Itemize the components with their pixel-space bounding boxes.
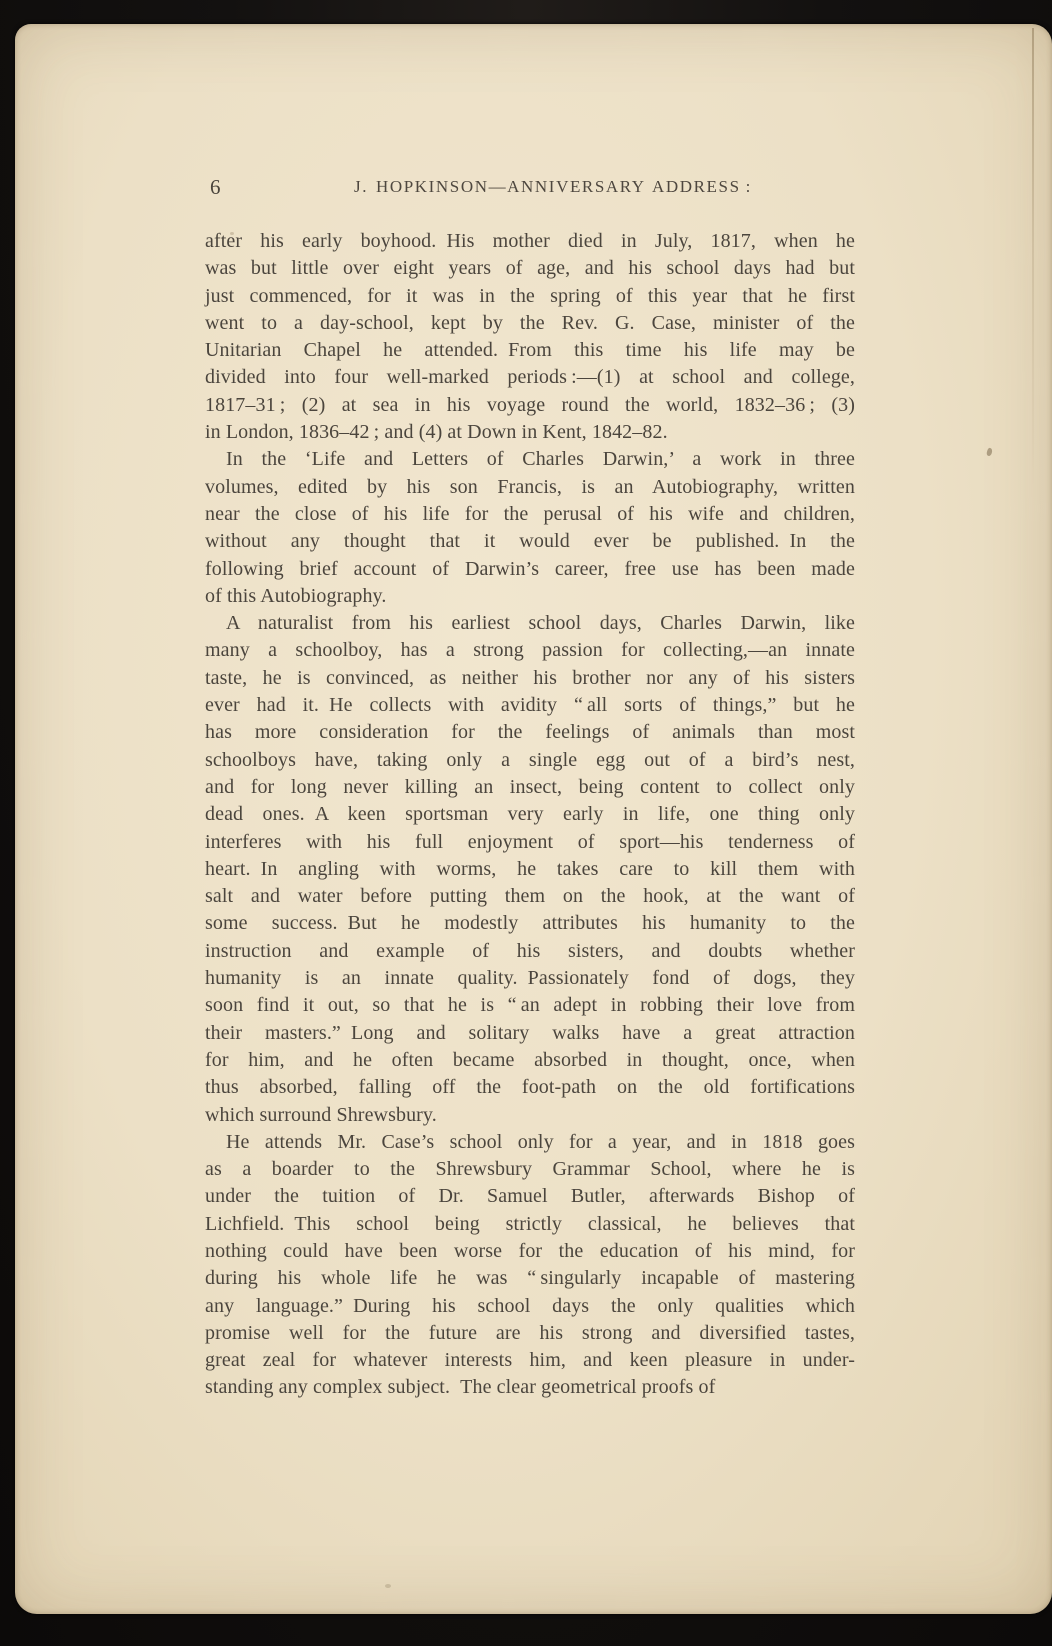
text-line: A naturalist from his earliest school da…: [205, 610, 855, 637]
page-body-text: after his early boyhood. His mother died…: [205, 228, 855, 1402]
paper-speck: [385, 1584, 391, 1588]
text-line: and for long never killing an insect, be…: [205, 774, 855, 801]
text-line: schoolboys have, taking only a single eg…: [205, 747, 855, 774]
paragraph: In the ‘Life and Letters of Charles Darw…: [205, 446, 855, 610]
text-line: many a schoolboy, has a strong passion f…: [205, 637, 855, 664]
text-line: great zeal for whatever interests him, a…: [205, 1347, 855, 1374]
text-line: without any thought that it would ever b…: [205, 528, 855, 555]
text-line: taste, he is convinced, as neither his b…: [205, 665, 855, 692]
text-line: in London, 1836–42 ; and (4) at Down in …: [205, 419, 855, 446]
paragraph: He attends Mr. Case’s school only for a …: [205, 1129, 855, 1402]
paper-crease: [1032, 28, 1034, 488]
text-line: their masters.” Long and solitary walks …: [205, 1020, 855, 1047]
paragraph: A naturalist from his earliest school da…: [205, 610, 855, 1129]
text-line: for him, and he often became absorbed in…: [205, 1047, 855, 1074]
text-line: divided into four well-marked periods :—…: [205, 364, 855, 391]
text-line: after his early boyhood. His mother died…: [205, 228, 855, 255]
book-page: 6 J. HOPKINSON—ANNIVERSARY ADDRESS : aft…: [15, 24, 1052, 1614]
text-line: has more consideration for the feelings …: [205, 719, 855, 746]
text-line: salt and water before putting them on th…: [205, 883, 855, 910]
text-line: was but little over eight years of age, …: [205, 255, 855, 282]
paragraph: after his early boyhood. His mother died…: [205, 228, 855, 446]
text-line: ever had it. He collects with avidity “ …: [205, 692, 855, 719]
text-line: nothing could have been worse for the ed…: [205, 1238, 855, 1265]
text-line: thus absorbed, falling off the foot-path…: [205, 1074, 855, 1101]
text-line: as a boarder to the Shrewsbury Grammar S…: [205, 1156, 855, 1183]
text-line: any language.” During his school days th…: [205, 1293, 855, 1320]
text-line: Unitarian Chapel he attended. From this …: [205, 337, 855, 364]
page-number: 6: [210, 174, 221, 200]
page-header: 6 J. HOPKINSON—ANNIVERSARY ADDRESS :: [205, 174, 855, 200]
text-line: which surround Shrewsbury.: [205, 1102, 855, 1129]
text-line: soon find it out, so that he is “ an ade…: [205, 992, 855, 1019]
text-line: promise well for the future are his stro…: [205, 1320, 855, 1347]
text-line: heart. In angling with worms, he takes c…: [205, 856, 855, 883]
text-line: 1817–31 ; (2) at sea in his voyage round…: [205, 392, 855, 419]
text-line: volumes, edited by his son Francis, is a…: [205, 474, 855, 501]
running-header: J. HOPKINSON—ANNIVERSARY ADDRESS :: [205, 174, 855, 200]
text-line: during his whole life he was “ singularl…: [205, 1265, 855, 1292]
text-line: standing any complex subject. The clear …: [205, 1374, 855, 1401]
text-line: following brief account of Darwin’s care…: [205, 556, 855, 583]
text-line: went to a day-school, kept by the Rev. G…: [205, 310, 855, 337]
paper-speck: [986, 447, 993, 456]
text-line: just commenced, for it was in the spring…: [205, 283, 855, 310]
text-line: In the ‘Life and Letters of Charles Darw…: [205, 446, 855, 473]
text-line: interferes with his full enjoyment of sp…: [205, 829, 855, 856]
text-line: Lichfield. This school being strictly cl…: [205, 1211, 855, 1238]
text-line: under the tuition of Dr. Samuel Butler, …: [205, 1183, 855, 1210]
text-line: He attends Mr. Case’s school only for a …: [205, 1129, 855, 1156]
text-line: near the close of his life for the perus…: [205, 501, 855, 528]
text-line: some success. But he modestly attributes…: [205, 910, 855, 937]
text-line: humanity is an innate quality. Passionat…: [205, 965, 855, 992]
text-line: of this Autobiography.: [205, 583, 855, 610]
text-line: dead ones. A keen sportsman very early i…: [205, 801, 855, 828]
scan-background: 6 J. HOPKINSON—ANNIVERSARY ADDRESS : aft…: [0, 0, 1052, 1646]
text-line: instruction and example of his sisters, …: [205, 938, 855, 965]
